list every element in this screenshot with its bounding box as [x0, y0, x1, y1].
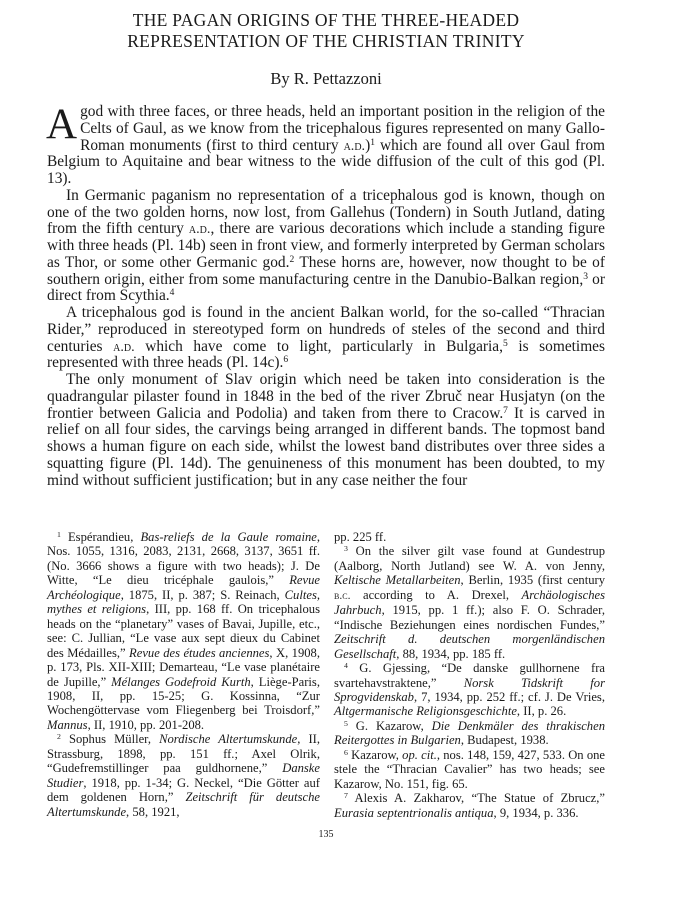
footnote-3: 3 On the silver gilt vase found at Gunde… [334, 544, 605, 661]
paragraph-1: A god with three faces, or three heads, … [47, 104, 605, 188]
title-line-1: THE PAGAN ORIGINS OF THE THREE-HEADED [47, 10, 605, 31]
paragraph-2: In Germanic paganism no representation o… [47, 188, 605, 305]
paragraph-4: The only monument of Slav origin which n… [47, 372, 605, 489]
footnote-1: 1 Espérandieu, Bas-reliefs de la Gaule r… [47, 530, 320, 732]
era-abbrev: a.d. [189, 221, 211, 237]
footnotes-right-column: pp. 225 ff. 3 On the silver gilt vase fo… [334, 530, 605, 820]
article-body: A god with three faces, or three heads, … [47, 104, 605, 489]
footnote-7: 7 Alexis A. Zakharov, “The Statue of Zbr… [334, 791, 605, 820]
footnote-5: 5 G. Kazarow, Die Denkmäler des thrakisc… [334, 719, 605, 748]
footnotes-left-column: 1 Espérandieu, Bas-reliefs de la Gaule r… [47, 530, 320, 819]
page-number: 135 [47, 829, 605, 841]
byline: By R. Pettazzoni [47, 69, 605, 89]
footnote-ref-6: 6 [283, 354, 288, 365]
footnote-2: 2 Sophus Müller, Nordische Altertumskund… [47, 732, 320, 819]
era-abbrev: a.d. [113, 339, 135, 355]
era-abbrev: a.d. [344, 138, 366, 154]
title-line-2: REPRESENTATION OF THE CHRISTIAN TRINITY [47, 31, 605, 52]
footnote-ref-4: 4 [170, 287, 175, 298]
article-title: THE PAGAN ORIGINS OF THE THREE-HEADED RE… [47, 10, 605, 52]
footnote-2-continued: pp. 225 ff. [334, 530, 605, 544]
footnote-6: 6 Kazarow, op. cit., nos. 148, 159, 427,… [334, 748, 605, 791]
paragraph-3: A tricephalous god is found in the ancie… [47, 305, 605, 372]
drop-cap: A [46, 106, 77, 142]
footnote-4: 4 G. Gjessing, “De danske gullhornene fr… [334, 661, 605, 719]
